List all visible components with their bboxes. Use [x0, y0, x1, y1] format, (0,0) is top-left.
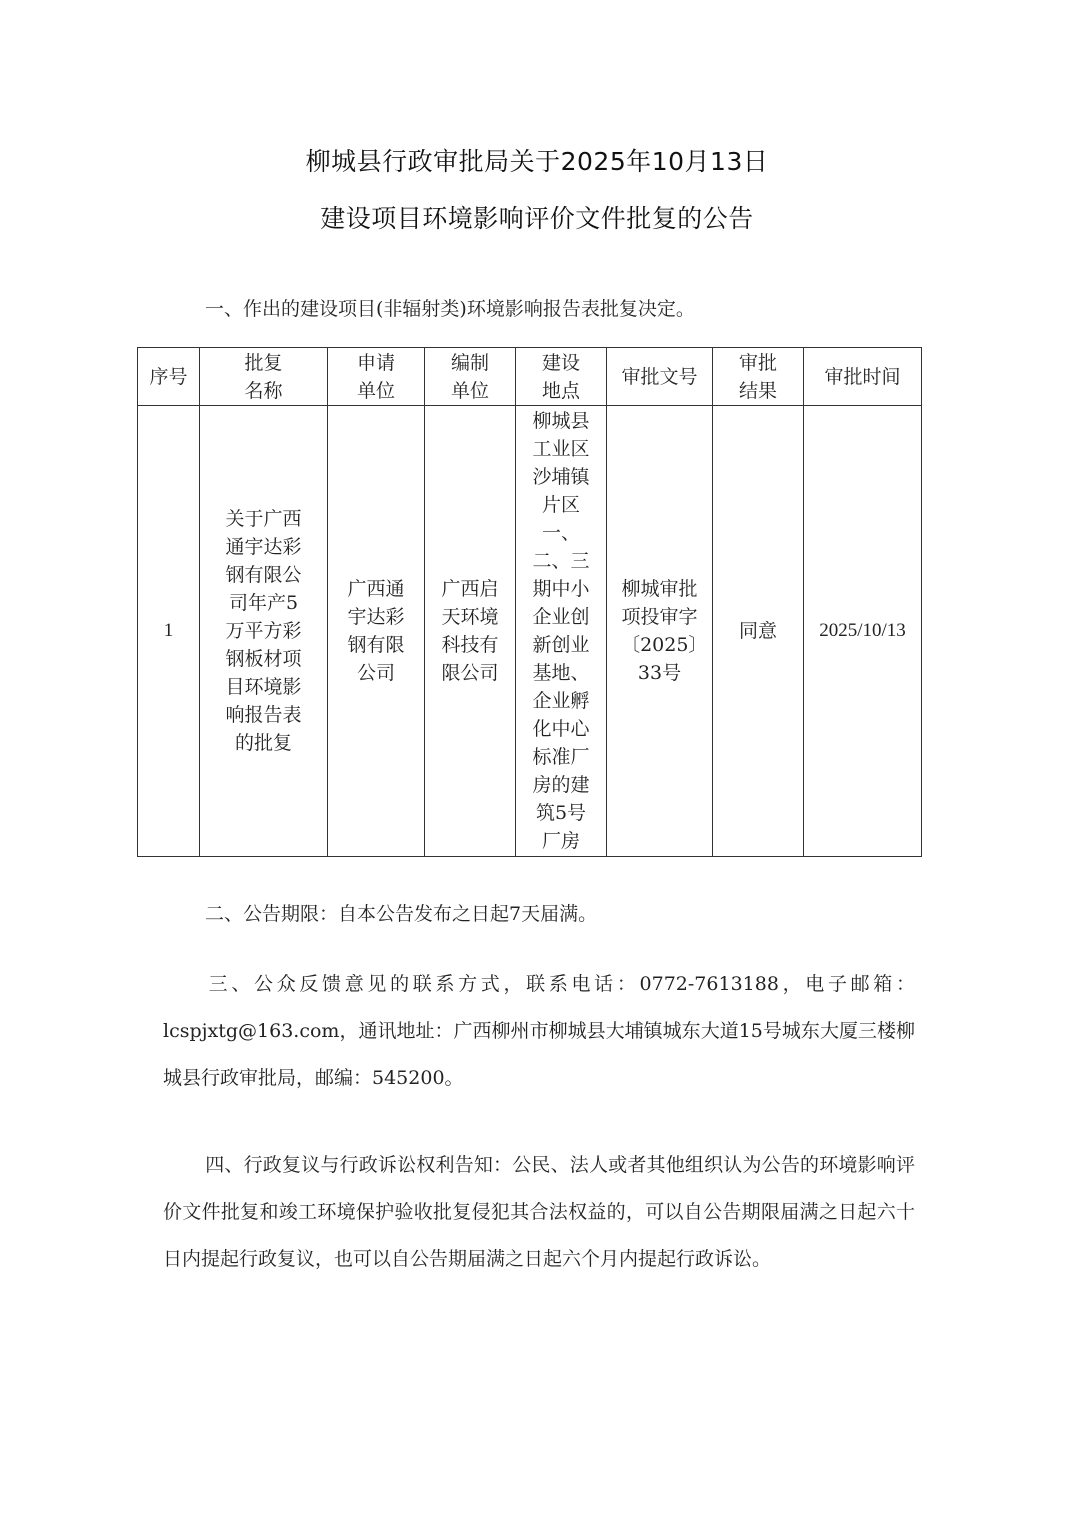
cell-document-no: 柳城审批项投审字〔2025〕33号 — [607, 406, 713, 857]
approvals-table: 序号 批复名称 申请单位 编制单位 建设地点 审批文号 审批结果 审批时间 1 … — [137, 347, 922, 857]
header-result: 审批结果 — [713, 348, 804, 406]
cell-approval-name: 关于广西通宇达彩钢有限公司年产5万平方彩钢板材项目环境影响报告表的批复 — [200, 406, 328, 857]
table-header-row: 序号 批复名称 申请单位 编制单位 建设地点 审批文号 审批结果 审批时间 — [138, 348, 922, 406]
section-4-rights-notice: 四、行政复议与行政诉讼权利告知：公民、法人或者其他组织认为公告的环境影响评价文件… — [163, 1142, 915, 1283]
section-3-contact: 三、公众反馈意见的联系方式，联系电话：0772-7613188，电子邮箱：lcs… — [163, 961, 915, 1102]
cell-preparer: 广西启天环境科技有限公司 — [425, 406, 516, 857]
cell-result: 同意 — [713, 406, 804, 857]
cell-index: 1 — [138, 406, 200, 857]
document-title-line-1: 柳城县行政审批局关于2025年10月13日 — [0, 142, 1074, 178]
section-1-text: 一、作出的建设项目(非辐射类)环境影响报告表批复决定。 — [205, 298, 695, 320]
header-index: 序号 — [138, 348, 200, 406]
section-4-text: 四、行政复议与行政诉讼权利告知：公民、法人或者其他组织认为公告的环境影响评价文件… — [163, 1154, 915, 1270]
table-row: 1 关于广西通宇达彩钢有限公司年产5万平方彩钢板材项目环境影响报告表的批复 广西… — [138, 406, 922, 857]
section-3-text: 三、公众反馈意见的联系方式，联系电话：0772-7613188，电子邮箱：lcs… — [163, 973, 915, 1089]
header-date: 审批时间 — [804, 348, 922, 406]
header-preparer: 编制单位 — [425, 348, 516, 406]
header-applicant: 申请单位 — [328, 348, 425, 406]
cell-location: 柳城县工业区沙埔镇片区一、二、三期中小企业创新创业基地、企业孵化中心标准厂房的建… — [516, 406, 607, 857]
section-2-text: 二、公告期限：自本公告发布之日起7天届满。 — [205, 903, 597, 925]
cell-applicant: 广西通宇达彩钢有限公司 — [328, 406, 425, 857]
header-document-no: 审批文号 — [607, 348, 713, 406]
section-2-notice-period: 二、公告期限：自本公告发布之日起7天届满。 — [163, 891, 915, 938]
section-1-heading: 一、作出的建设项目(非辐射类)环境影响报告表批复决定。 — [163, 286, 915, 333]
header-location: 建设地点 — [516, 348, 607, 406]
header-approval-name: 批复名称 — [200, 348, 328, 406]
document-title-line-2: 建设项目环境影响评价文件批复的公告 — [0, 199, 1074, 235]
cell-date: 2025/10/13 — [804, 406, 922, 857]
